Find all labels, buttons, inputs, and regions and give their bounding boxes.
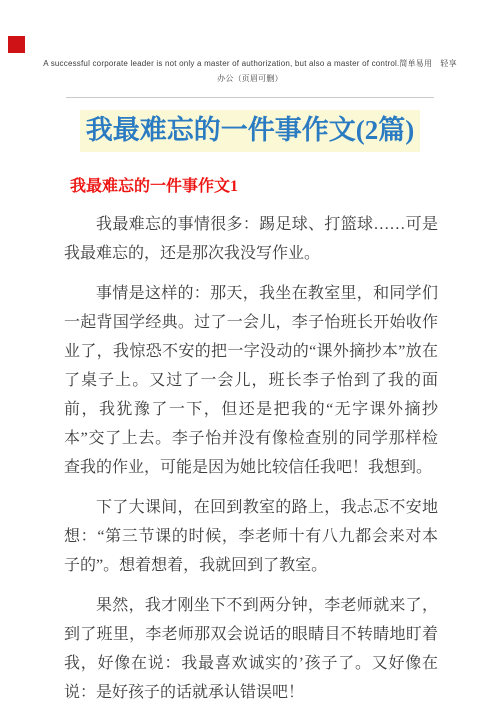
document-title-text: 我最难忘的一件事作文(2篇): [80, 110, 420, 152]
header-line-2: 办公（页眉可删）: [0, 71, 500, 86]
header-divider: [66, 97, 434, 98]
essay-body: 我最难忘的事情很多：踢足球、打篮球……可是我最难忘的，还是那次我没写作业。 事情…: [64, 210, 438, 707]
essay-paragraph-3: 下了大课间，在回到教室的路上，我忐忑不安地想：“第三节课的时候，李老师十有八九都…: [64, 493, 438, 580]
essay-paragraph-2: 事情是这样的：那天，我坐在教室里，和同学们一起背国学经典。过了一会儿，李子怡班长…: [64, 279, 438, 482]
essay-paragraph-4: 果然，我才刚坐下不到两分钟，李老师就来了，到了班里，李老师那双会说话的眼睛目不转…: [64, 591, 438, 707]
essay-heading: 我最难忘的一件事作文1: [70, 173, 440, 196]
page-header: A successful corporate leader is not onl…: [0, 56, 500, 86]
header-line-1: A successful corporate leader is not onl…: [0, 56, 500, 71]
essay-paragraph-1: 我最难忘的事情很多：踢足球、打篮球……可是我最难忘的，还是那次我没写作业。: [64, 210, 438, 268]
document-title: 我最难忘的一件事作文(2篇): [80, 108, 420, 147]
title-area: 我最难忘的一件事作文(2篇): [0, 108, 500, 147]
corner-square-mark: [8, 36, 25, 53]
document-page: A successful corporate leader is not onl…: [0, 0, 500, 708]
